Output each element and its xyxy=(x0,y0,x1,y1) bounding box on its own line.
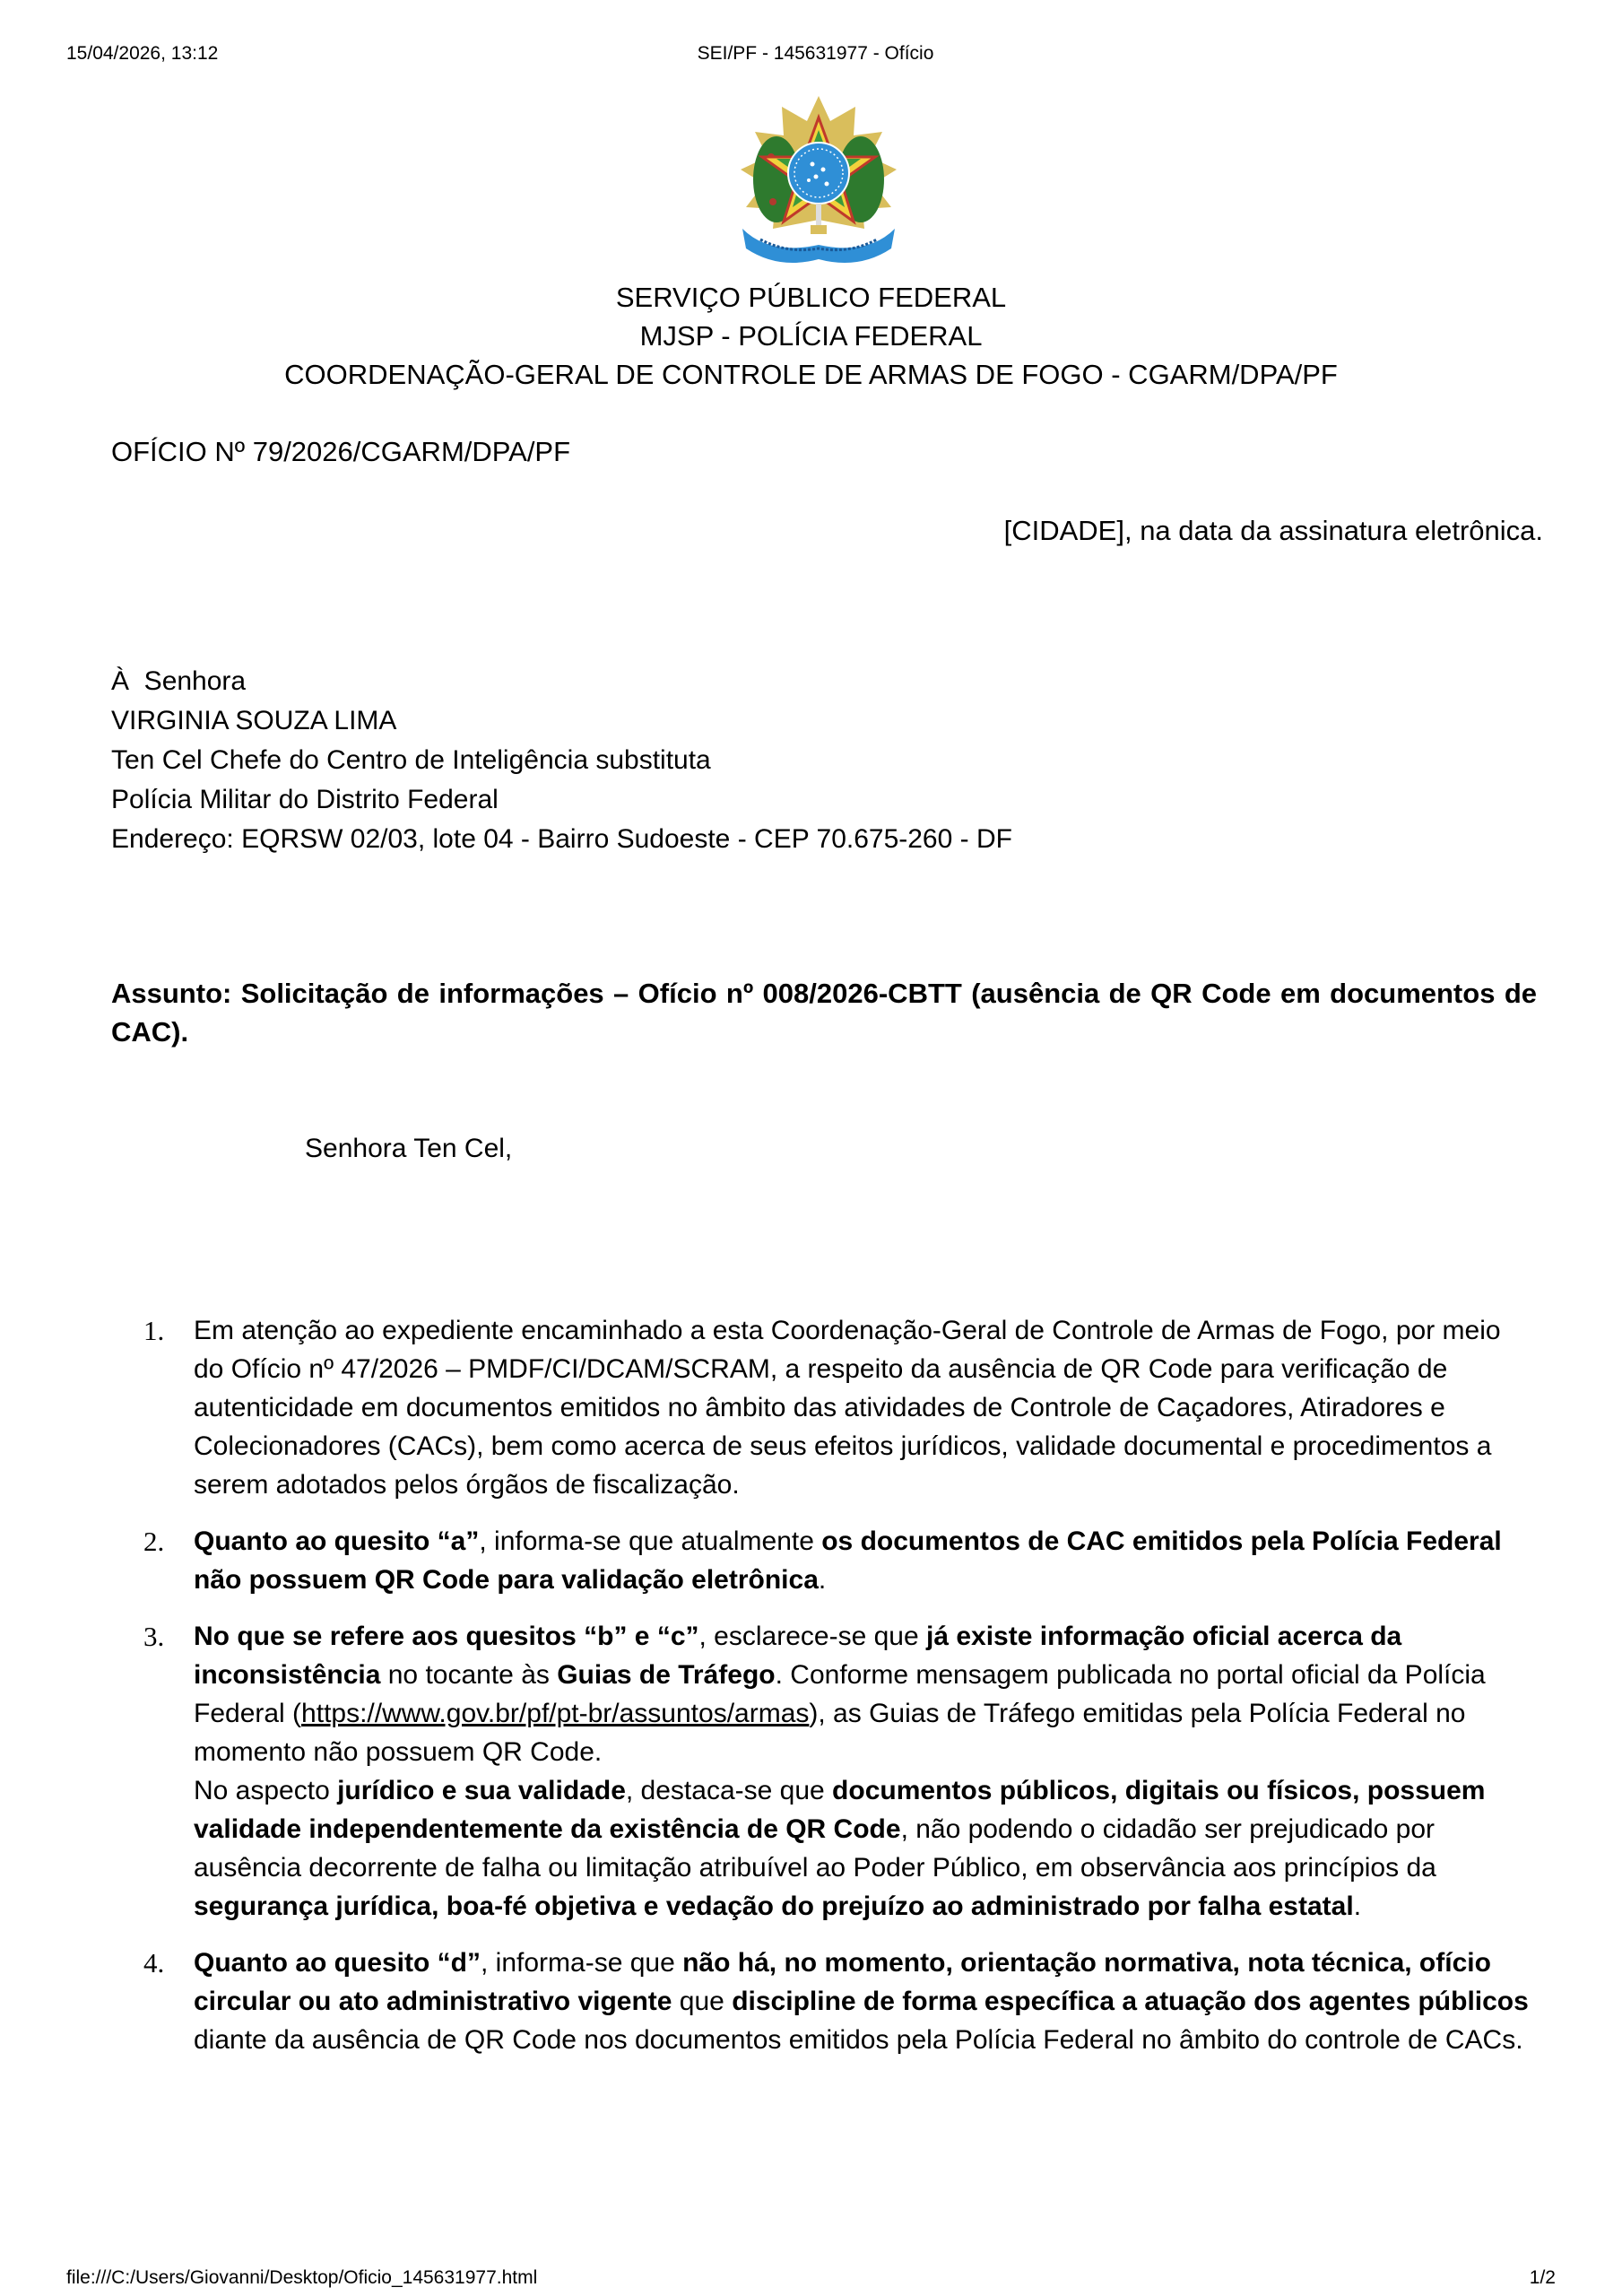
oficio-number: OFÍCIO Nº 79/2026/CGARM/DPA/PF xyxy=(111,436,570,468)
place-date: [CIDADE], na data da assinatura eletrôni… xyxy=(1004,515,1543,547)
body-text: , informa-se que atualmente xyxy=(479,1526,821,1556)
numbered-paragraph: 1.Em atenção ao expediente encaminhado a… xyxy=(143,1311,1533,1504)
body-text: . xyxy=(1354,1892,1361,1921)
recipient-salutation: À Senhora xyxy=(111,662,1012,701)
body-text: no tocante às xyxy=(380,1660,557,1690)
body-text: que xyxy=(672,1987,732,2016)
org-line-ministry: MJSP - POLÍCIA FEDERAL xyxy=(0,317,1622,355)
bold-text: discipline de forma específica a atuação… xyxy=(732,1987,1529,2016)
bold-text: Quanto ao quesito “d” xyxy=(194,1948,481,1978)
paragraph-number: 4. xyxy=(143,1944,164,1982)
print-title: SEI/PF - 145631977 - Ofício xyxy=(0,43,1622,65)
paragraph-number: 1. xyxy=(143,1311,164,1350)
body-text: , esclarece-se que xyxy=(699,1622,926,1651)
brazil-coat-of-arms-icon xyxy=(733,94,904,269)
portal-link[interactable]: https://www.gov.br/pf/pt-br/assuntos/arm… xyxy=(301,1699,809,1728)
bold-text: segurança jurídica, boa-fé objetiva e ve… xyxy=(194,1892,1354,1921)
recipient-block: À Senhora VIRGINIA SOUZA LIMA Ten Cel Ch… xyxy=(111,662,1012,859)
body-text: . xyxy=(819,1565,826,1595)
paragraph-number: 2. xyxy=(143,1522,164,1561)
body-text: , destaca-se que xyxy=(626,1776,832,1805)
bold-text: Quanto ao quesito “a” xyxy=(194,1526,479,1556)
recipient-organization: Polícia Militar do Distrito Federal xyxy=(111,780,1012,820)
bold-text: No que se refere aos quesitos “b” e “c” xyxy=(194,1622,699,1651)
organization-heading: SERVIÇO PÚBLICO FEDERAL MJSP - POLÍCIA F… xyxy=(0,278,1622,394)
print-page-number: 1/2 xyxy=(1530,2267,1556,2289)
org-line-service: SERVIÇO PÚBLICO FEDERAL xyxy=(0,278,1622,317)
numbered-paragraphs: 1.Em atenção ao expediente encaminhado a… xyxy=(143,1311,1533,2077)
print-file-path: file:///C:/Users/Giovanni/Desktop/Oficio… xyxy=(66,2267,537,2289)
numbered-paragraph: 2.Quanto ao quesito “a”, informa-se que … xyxy=(143,1522,1533,1599)
recipient-name: VIRGINIA SOUZA LIMA xyxy=(111,701,1012,741)
recipient-address: Endereço: EQRSW 02/03, lote 04 - Bairro … xyxy=(111,820,1012,859)
numbered-paragraph: 4.Quanto ao quesito “d”, informa-se que … xyxy=(143,1944,1533,2059)
recipient-role: Ten Cel Chefe do Centro de Inteligência … xyxy=(111,741,1012,780)
bold-text: Guias de Tráfego xyxy=(557,1660,775,1690)
body-text: , informa-se que xyxy=(481,1948,682,1978)
body-text: diante da ausência de QR Code nos docume… xyxy=(194,2025,1523,2055)
subject-line: Assunto: Solicitação de informações – Of… xyxy=(111,974,1537,1051)
body-text: Em atenção ao expediente encaminhado a e… xyxy=(194,1316,1501,1500)
body-text: No aspecto xyxy=(194,1776,337,1805)
org-line-coordination: COORDENAÇÃO-GERAL DE CONTROLE DE ARMAS D… xyxy=(0,355,1622,394)
bold-text: jurídico e sua validade xyxy=(337,1776,626,1805)
greeting: Senhora Ten Cel, xyxy=(305,1134,512,1164)
paragraph-number: 3. xyxy=(143,1617,164,1656)
numbered-paragraph: 3.No que se refere aos quesitos “b” e “c… xyxy=(143,1617,1533,1926)
